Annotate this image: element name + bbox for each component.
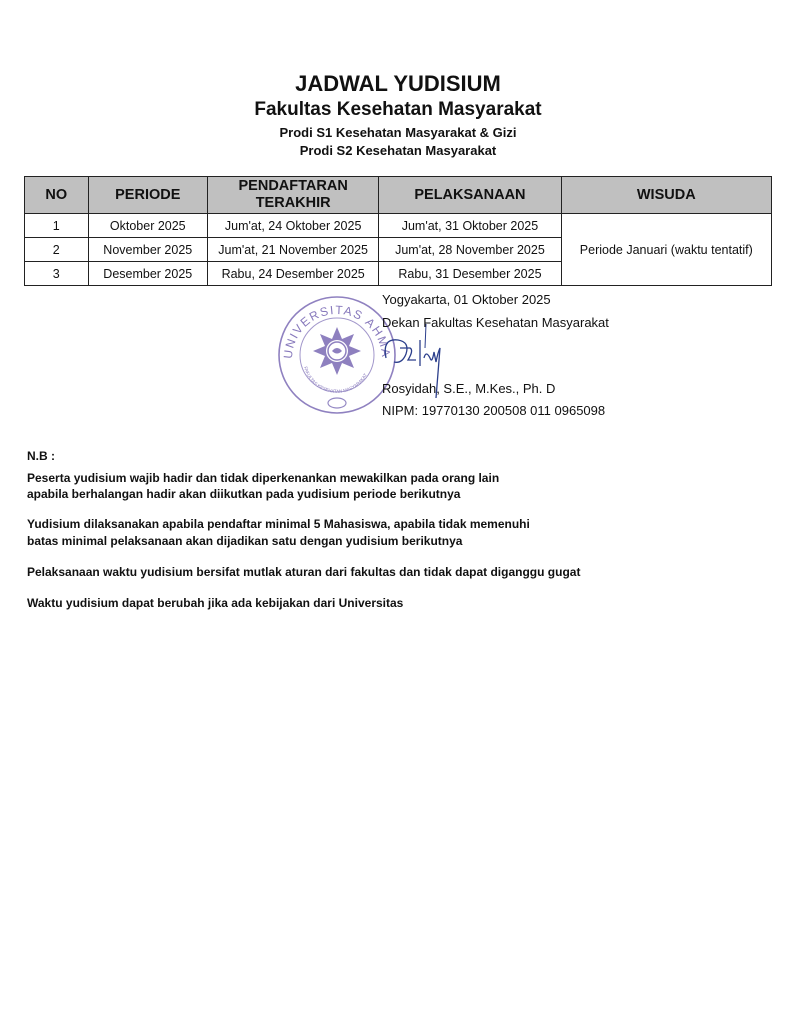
note-line: apabila berhalangan hadir akan diikutkan… <box>27 487 460 501</box>
table-row: 1 Oktober 2025 Jum'at, 24 Oktober 2025 J… <box>25 214 772 238</box>
signer-nipm: NIPM: 19770130 200508 011 0965098 <box>382 403 605 418</box>
cell-pelaksanaan: Rabu, 31 Desember 2025 <box>379 262 561 286</box>
cell-periode: Oktober 2025 <box>88 214 207 238</box>
faculty-name: Fakultas Kesehatan Masyarakat <box>0 99 796 121</box>
table-header-row: NO PERIODE PENDAFTARANTERAKHIR PELAKSANA… <box>25 177 772 214</box>
note-line: Pelaksanaan waktu yudisium bersifat mutl… <box>27 565 580 579</box>
col-header-wisuda: WISUDA <box>561 177 771 214</box>
notes-label: N.B : <box>27 449 55 463</box>
note-line: Waktu yudisium dapat berubah jika ada ke… <box>27 596 403 610</box>
signer-name: Rosyidah, S.E., M.Kes., Ph. D <box>382 381 555 396</box>
signer-position: Dekan Fakultas Kesehatan Masyarakat <box>382 315 609 330</box>
col-header-pelaksanaan: PELAKSANAAN <box>379 177 561 214</box>
note-line: Yudisium dilaksanakan apabila pendaftar … <box>27 517 530 531</box>
cell-no: 1 <box>25 214 89 238</box>
cell-pendaftaran: Rabu, 24 Desember 2025 <box>207 262 378 286</box>
cell-pendaftaran: Jum'at, 21 November 2025 <box>207 238 378 262</box>
col-header-pendaftaran: PENDAFTARANTERAKHIR <box>207 177 378 214</box>
program-s1: Prodi S1 Kesehatan Masyarakat & Gizi <box>0 125 796 140</box>
col-header-no: NO <box>25 177 89 214</box>
schedule-table: NO PERIODE PENDAFTARANTERAKHIR PELAKSANA… <box>24 176 772 286</box>
cell-pendaftaran: Jum'at, 24 Oktober 2025 <box>207 214 378 238</box>
cell-no: 2 <box>25 238 89 262</box>
col-header-periode: PERIODE <box>88 177 207 214</box>
cell-pelaksanaan: Jum'at, 31 Oktober 2025 <box>379 214 561 238</box>
note-line: Peserta yudisium wajib hadir dan tidak d… <box>27 471 499 485</box>
document-title: JADWAL YUDISIUM <box>0 71 796 97</box>
note-line: batas minimal pelaksanaan akan dijadikan… <box>27 534 462 548</box>
cell-no: 3 <box>25 262 89 286</box>
cell-periode: November 2025 <box>88 238 207 262</box>
cell-periode: Desember 2025 <box>88 262 207 286</box>
cell-pelaksanaan: Jum'at, 28 November 2025 <box>379 238 561 262</box>
program-s2: Prodi S2 Kesehatan Masyarakat <box>0 143 796 158</box>
cell-wisuda: Periode Januari (waktu tentatif) <box>561 214 771 286</box>
place-date: Yogyakarta, 01 Oktober 2025 <box>382 292 551 307</box>
